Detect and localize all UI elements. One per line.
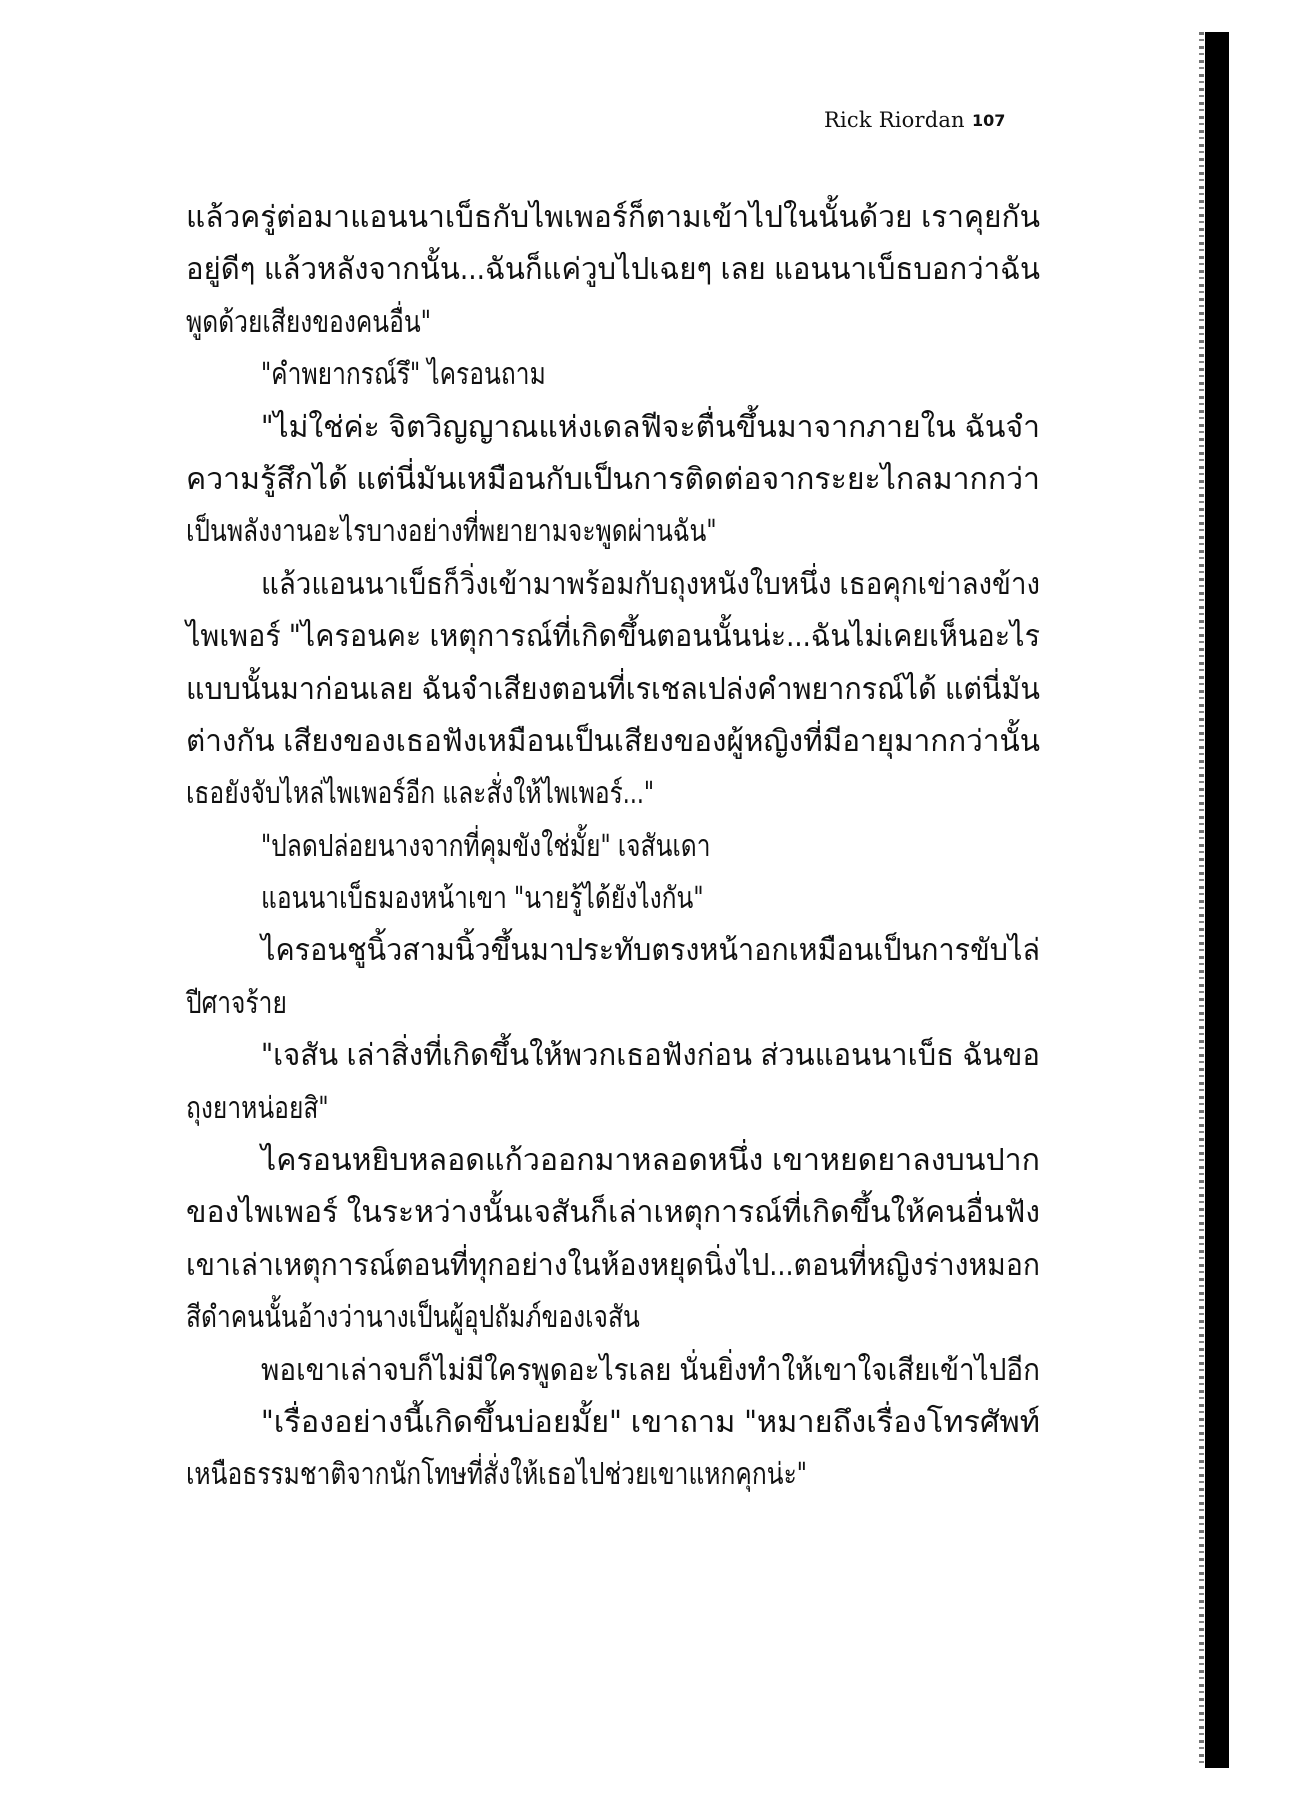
text-line: เธอยังจับไหล่ไพเพอร์อีก และสั่งให้ไพเพอร…	[186, 768, 1040, 820]
text-line-content: "คำพยากรณ์รึ" ไครอนถาม	[261, 349, 546, 401]
page-number: 107	[972, 111, 1005, 130]
text-line-content: สีดำคนนั้นอ้างว่านางเป็นผู้อุปถัมภ์ของเจ…	[186, 1292, 640, 1344]
text-line: "ไม่ใช่ค่ะ จิตวิญญาณแห่งเดลฟีจะตื่นขึ้นม…	[186, 402, 1040, 454]
text-line-content: "ไม่ใช่ค่ะ จิตวิญญาณแห่งเดลฟีจะตื่นขึ้นม…	[261, 402, 1040, 454]
text-line: ถุงยาหน่อยสิ"	[186, 1083, 1040, 1135]
text-line: เป็นพลังงานอะไรบางอย่างที่พยายามจะพูดผ่า…	[186, 506, 1040, 558]
text-line-content: แล้วแอนนาเบ็ธก็วิ่งเข้ามาพร้อมกับถุงหนัง…	[261, 559, 1040, 611]
text-line: ปีศาจร้าย	[186, 978, 1040, 1030]
text-line: ต่างกัน เสียงของเธอฟังเหมือนเป็นเสียงของ…	[186, 716, 1040, 768]
text-line: ไพเพอร์ "ไครอนคะ เหตุการณ์ที่เกิดขึ้นตอน…	[186, 611, 1040, 663]
text-line-content: เป็นพลังงานอะไรบางอย่างที่พยายามจะพูดผ่า…	[186, 506, 717, 558]
text-line-content: แอนนาเบ็ธมองหน้าเขา "นายรู้ได้ยังไงกัน"	[261, 873, 704, 925]
text-line-content: แล้วครู่ต่อมาแอนนาเบ็ธกับไพเพอร์ก็ตามเข้…	[186, 192, 1040, 244]
text-line-content: พูดด้วยเสียงของคนอื่น"	[186, 297, 431, 349]
text-line-content: ไครอนหยิบหลอดแก้วออกมาหลอดหนึ่ง เขาหยดยา…	[261, 1135, 1040, 1187]
body-text: แล้วครู่ต่อมาแอนนาเบ็ธกับไพเพอร์ก็ตามเข้…	[186, 192, 1040, 1502]
text-line-content: อยู่ดีๆ แล้วหลังจากนั้น...ฉันก็แค่วูบไปเ…	[186, 244, 1040, 296]
text-line-content: เหนือธรรมชาติจากนักโทษที่สั่งให้เธอไปช่ว…	[186, 1449, 807, 1501]
text-line-content: "ปลดปล่อยนางจากที่คุมขังใช่มั้ย" เจสันเด…	[261, 821, 711, 873]
text-line-content: เธอยังจับไหล่ไพเพอร์อีก และสั่งให้ไพเพอร…	[186, 768, 654, 820]
text-line-content: ต่างกัน เสียงของเธอฟังเหมือนเป็นเสียงของ…	[186, 716, 1040, 768]
text-line: แล้วครู่ต่อมาแอนนาเบ็ธกับไพเพอร์ก็ตามเข้…	[186, 192, 1040, 244]
text-line: ความรู้สึกได้ แต่นี่มันเหมือนกับเป็นการต…	[186, 454, 1040, 506]
scan-spine-shadow	[1205, 32, 1229, 1768]
text-line-content: ปีศาจร้าย	[186, 978, 287, 1030]
text-line-content: ความรู้สึกได้ แต่นี่มันเหมือนกับเป็นการต…	[186, 454, 1040, 506]
text-line-content: เขาเล่าเหตุการณ์ตอนที่ทุกอย่างในห้องหยุด…	[186, 1240, 1040, 1292]
text-line: แอนนาเบ็ธมองหน้าเขา "นายรู้ได้ยังไงกัน"	[186, 873, 1040, 925]
text-line: เหนือธรรมชาติจากนักโทษที่สั่งให้เธอไปช่ว…	[186, 1449, 1040, 1501]
text-line: ไครอนหยิบหลอดแก้วออกมาหลอดหนึ่ง เขาหยดยา…	[186, 1135, 1040, 1187]
text-line: ของไพเพอร์ ในระหว่างนั้นเจสันก็เล่าเหตุก…	[186, 1187, 1040, 1239]
text-line-content: ไครอนชูนิ้วสามนิ้วขึ้นมาประทับตรงหน้าอกเ…	[261, 925, 1040, 977]
text-line: "เจสัน เล่าสิ่งที่เกิดขึ้นให้พวกเธอฟังก่…	[186, 1030, 1040, 1082]
text-line-content: ถุงยาหน่อยสิ"	[186, 1083, 329, 1135]
text-line-content: ของไพเพอร์ ในระหว่างนั้นเจสันก็เล่าเหตุก…	[186, 1187, 1040, 1239]
text-line-content: "เรื่องอย่างนี้เกิดขึ้นบ่อยมั้ย" เขาถาม …	[261, 1397, 1040, 1449]
text-line: แล้วแอนนาเบ็ธก็วิ่งเข้ามาพร้อมกับถุงหนัง…	[186, 559, 1040, 611]
text-line: "ปลดปล่อยนางจากที่คุมขังใช่มั้ย" เจสันเด…	[186, 821, 1040, 873]
text-line-content: แบบนั้นมาก่อนเลย ฉันจำเสียงตอนที่เรเชลเป…	[186, 664, 1040, 716]
text-line: "เรื่องอย่างนี้เกิดขึ้นบ่อยมั้ย" เขาถาม …	[186, 1397, 1040, 1449]
text-line-content: "เจสัน เล่าสิ่งที่เกิดขึ้นให้พวกเธอฟังก่…	[261, 1030, 1040, 1082]
text-line: ไครอนชูนิ้วสามนิ้วขึ้นมาประทับตรงหน้าอกเ…	[186, 925, 1040, 977]
text-line: แบบนั้นมาก่อนเลย ฉันจำเสียงตอนที่เรเชลเป…	[186, 664, 1040, 716]
text-line-content: ไพเพอร์ "ไครอนคะ เหตุการณ์ที่เกิดขึ้นตอน…	[186, 611, 1040, 663]
text-line-content: พอเขาเล่าจบก็ไม่มีใครพูดอะไรเลย นั่นยิ่ง…	[261, 1345, 1040, 1397]
text-line: พูดด้วยเสียงของคนอื่น"	[186, 297, 1040, 349]
running-head-author: Rick Riordan	[824, 108, 965, 132]
scan-spine-edge	[1199, 32, 1204, 1768]
text-line: "คำพยากรณ์รึ" ไครอนถาม	[186, 349, 1040, 401]
text-line: พอเขาเล่าจบก็ไม่มีใครพูดอะไรเลย นั่นยิ่ง…	[186, 1345, 1040, 1397]
text-line: เขาเล่าเหตุการณ์ตอนที่ทุกอย่างในห้องหยุด…	[186, 1240, 1040, 1292]
text-line: อยู่ดีๆ แล้วหลังจากนั้น...ฉันก็แค่วูบไปเ…	[186, 244, 1040, 296]
text-line: สีดำคนนั้นอ้างว่านางเป็นผู้อุปถัมภ์ของเจ…	[186, 1292, 1040, 1344]
